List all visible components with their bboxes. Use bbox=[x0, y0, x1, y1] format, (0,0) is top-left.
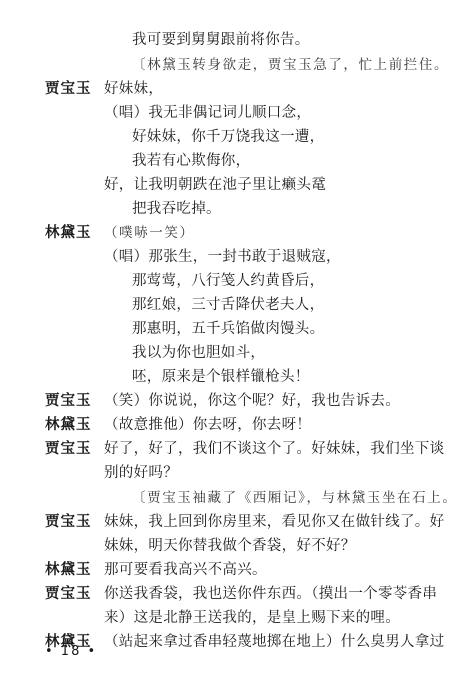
dialogue-line: 那红娘，三寸舌降伏老夫人， bbox=[0, 293, 466, 317]
speaker-name: 林黛玉 bbox=[45, 558, 92, 582]
dialogue-line: 好，让我明朝跌在池子里让癞头鼋 bbox=[0, 173, 466, 197]
line-text: 那惠明，五千兵馅做肉馒头。 bbox=[132, 317, 324, 341]
book-page: 我可要到舅舅跟前将你告。〔林黛玉转身欲走，贾宝玉急了，忙上前拦住。贾宝玉好妹妹，… bbox=[0, 0, 466, 690]
dialogue-line: 那惠明，五千兵馅做肉馒头。 bbox=[0, 317, 466, 341]
dialogue-line: 贾宝玉好妹妹， bbox=[0, 77, 466, 101]
line-text: 〔林黛玉转身欲走，贾宝玉急了，忙上前拦住。 bbox=[132, 53, 449, 77]
dialogue-line: 那莺莺，八行笺人约黄昏后， bbox=[0, 269, 466, 293]
line-text: 呸，原来是个银样镴枪头！ bbox=[132, 365, 310, 389]
dialogue-line: 妹妹，明天你替我做个香袋，好不好？ bbox=[0, 534, 466, 558]
dialogue-line: 把我吞吃掉。 bbox=[0, 197, 466, 221]
line-text: 好了，好了，我们不谈这个了。好妹妹，我们坐下谈 bbox=[104, 437, 444, 461]
line-text: 好妹妹，你千万饶我这一遭， bbox=[132, 125, 324, 149]
stage-direction-line: 林黛玉（噗哧一笑） bbox=[0, 221, 466, 245]
line-text: 那莺莺，八行笺人约黄昏后， bbox=[132, 269, 324, 293]
speaker-name: 贾宝玉 bbox=[45, 510, 92, 534]
dialogue-line: 我可要到舅舅跟前将你告。 bbox=[0, 28, 466, 52]
line-text: （唱）我无非偶记词儿顺口念， bbox=[104, 101, 311, 125]
stage-direction-line: 〔林黛玉转身欲走，贾宝玉急了，忙上前拦住。 bbox=[0, 53, 466, 77]
line-text: 来）这是北静王送我的，是皇上赐下来的哩。 bbox=[104, 606, 400, 630]
speaker-name: 贾宝玉 bbox=[45, 582, 92, 606]
line-text: 你送我香袋，我也送你件东西。（摸出一个零苓香串 bbox=[104, 582, 437, 606]
dialogue-line: 呸，原来是个银样镴枪头！ bbox=[0, 365, 466, 389]
line-text: 妹妹，明天你替我做个香袋，好不好？ bbox=[104, 534, 356, 558]
dialogue-line: （唱）那张生，一封书敢于退贼寇， bbox=[0, 245, 466, 269]
line-text: 我可要到舅舅跟前将你告。 bbox=[132, 28, 310, 52]
dialogue-line: （唱）我无非偶记词儿顺口念， bbox=[0, 101, 466, 125]
line-text: （噗哧一笑） bbox=[104, 221, 195, 245]
line-text: 我以为你也胆如斗， bbox=[132, 341, 265, 365]
line-text: （站起来拿过香串轻蔑地掷在地上）什么臭男人拿过 bbox=[104, 630, 444, 654]
line-text: （笑）你说说，你这个呢？好，我也告诉去。 bbox=[104, 389, 400, 413]
line-text: 我若有心欺侮你， bbox=[132, 149, 250, 173]
dialogue-line: 好妹妹，你千万饶我这一遭， bbox=[0, 125, 466, 149]
dialogue-line: 贾宝玉你送我香袋，我也送你件东西。（摸出一个零苓香串 bbox=[0, 582, 466, 606]
speaker-name: 贾宝玉 bbox=[45, 437, 92, 461]
dialogue-line: 贾宝玉妹妹，我上回到你房里来，看见你又在做针线了。好 bbox=[0, 510, 466, 534]
dialogue-line: 来）这是北静王送我的，是皇上赐下来的哩。 bbox=[0, 606, 466, 630]
speaker-name: 贾宝玉 bbox=[45, 389, 92, 413]
line-text: 〔贾宝玉袖藏了《西厢记》，与林黛玉坐在石上。 bbox=[132, 486, 457, 510]
dialogue-line: 林黛玉（故意推他）你去呀，你去呀！ bbox=[0, 413, 466, 437]
line-text: 好，让我明朝跌在池子里让癞头鼋 bbox=[104, 173, 326, 197]
line-text: 好妹妹， bbox=[104, 77, 163, 101]
dialogue-line: 别的好吗？ bbox=[0, 461, 466, 485]
page-number: • 18 • bbox=[45, 644, 97, 659]
line-text: （唱）那张生，一封书敢于退贼寇， bbox=[104, 245, 341, 269]
line-text: 妹妹，我上回到你房里来，看见你又在做针线了。好 bbox=[104, 510, 444, 534]
line-text: 别的好吗？ bbox=[104, 461, 178, 485]
speaker-name: 贾宝玉 bbox=[45, 77, 92, 101]
line-text: 把我吞吃掉。 bbox=[132, 197, 221, 221]
line-text: （故意推他）你去呀，你去呀！ bbox=[104, 413, 311, 437]
speaker-name: 林黛玉 bbox=[45, 221, 92, 245]
dialogue-line: 贾宝玉（笑）你说说，你这个呢？好，我也告诉去。 bbox=[0, 389, 466, 413]
speaker-name: 林黛玉 bbox=[45, 413, 92, 437]
dialogue-line: 林黛玉那可要看我高兴不高兴。 bbox=[0, 558, 466, 582]
dialogue-line: 我若有心欺侮你， bbox=[0, 149, 466, 173]
stage-direction-line: 〔贾宝玉袖藏了《西厢记》，与林黛玉坐在石上。 bbox=[0, 486, 466, 510]
line-text: 那红娘，三寸舌降伏老夫人， bbox=[132, 293, 324, 317]
line-text: 那可要看我高兴不高兴。 bbox=[104, 558, 267, 582]
dialogue-line: 贾宝玉好了，好了，我们不谈这个了。好妹妹，我们坐下谈 bbox=[0, 437, 466, 461]
dialogue-line: 我以为你也胆如斗， bbox=[0, 341, 466, 365]
